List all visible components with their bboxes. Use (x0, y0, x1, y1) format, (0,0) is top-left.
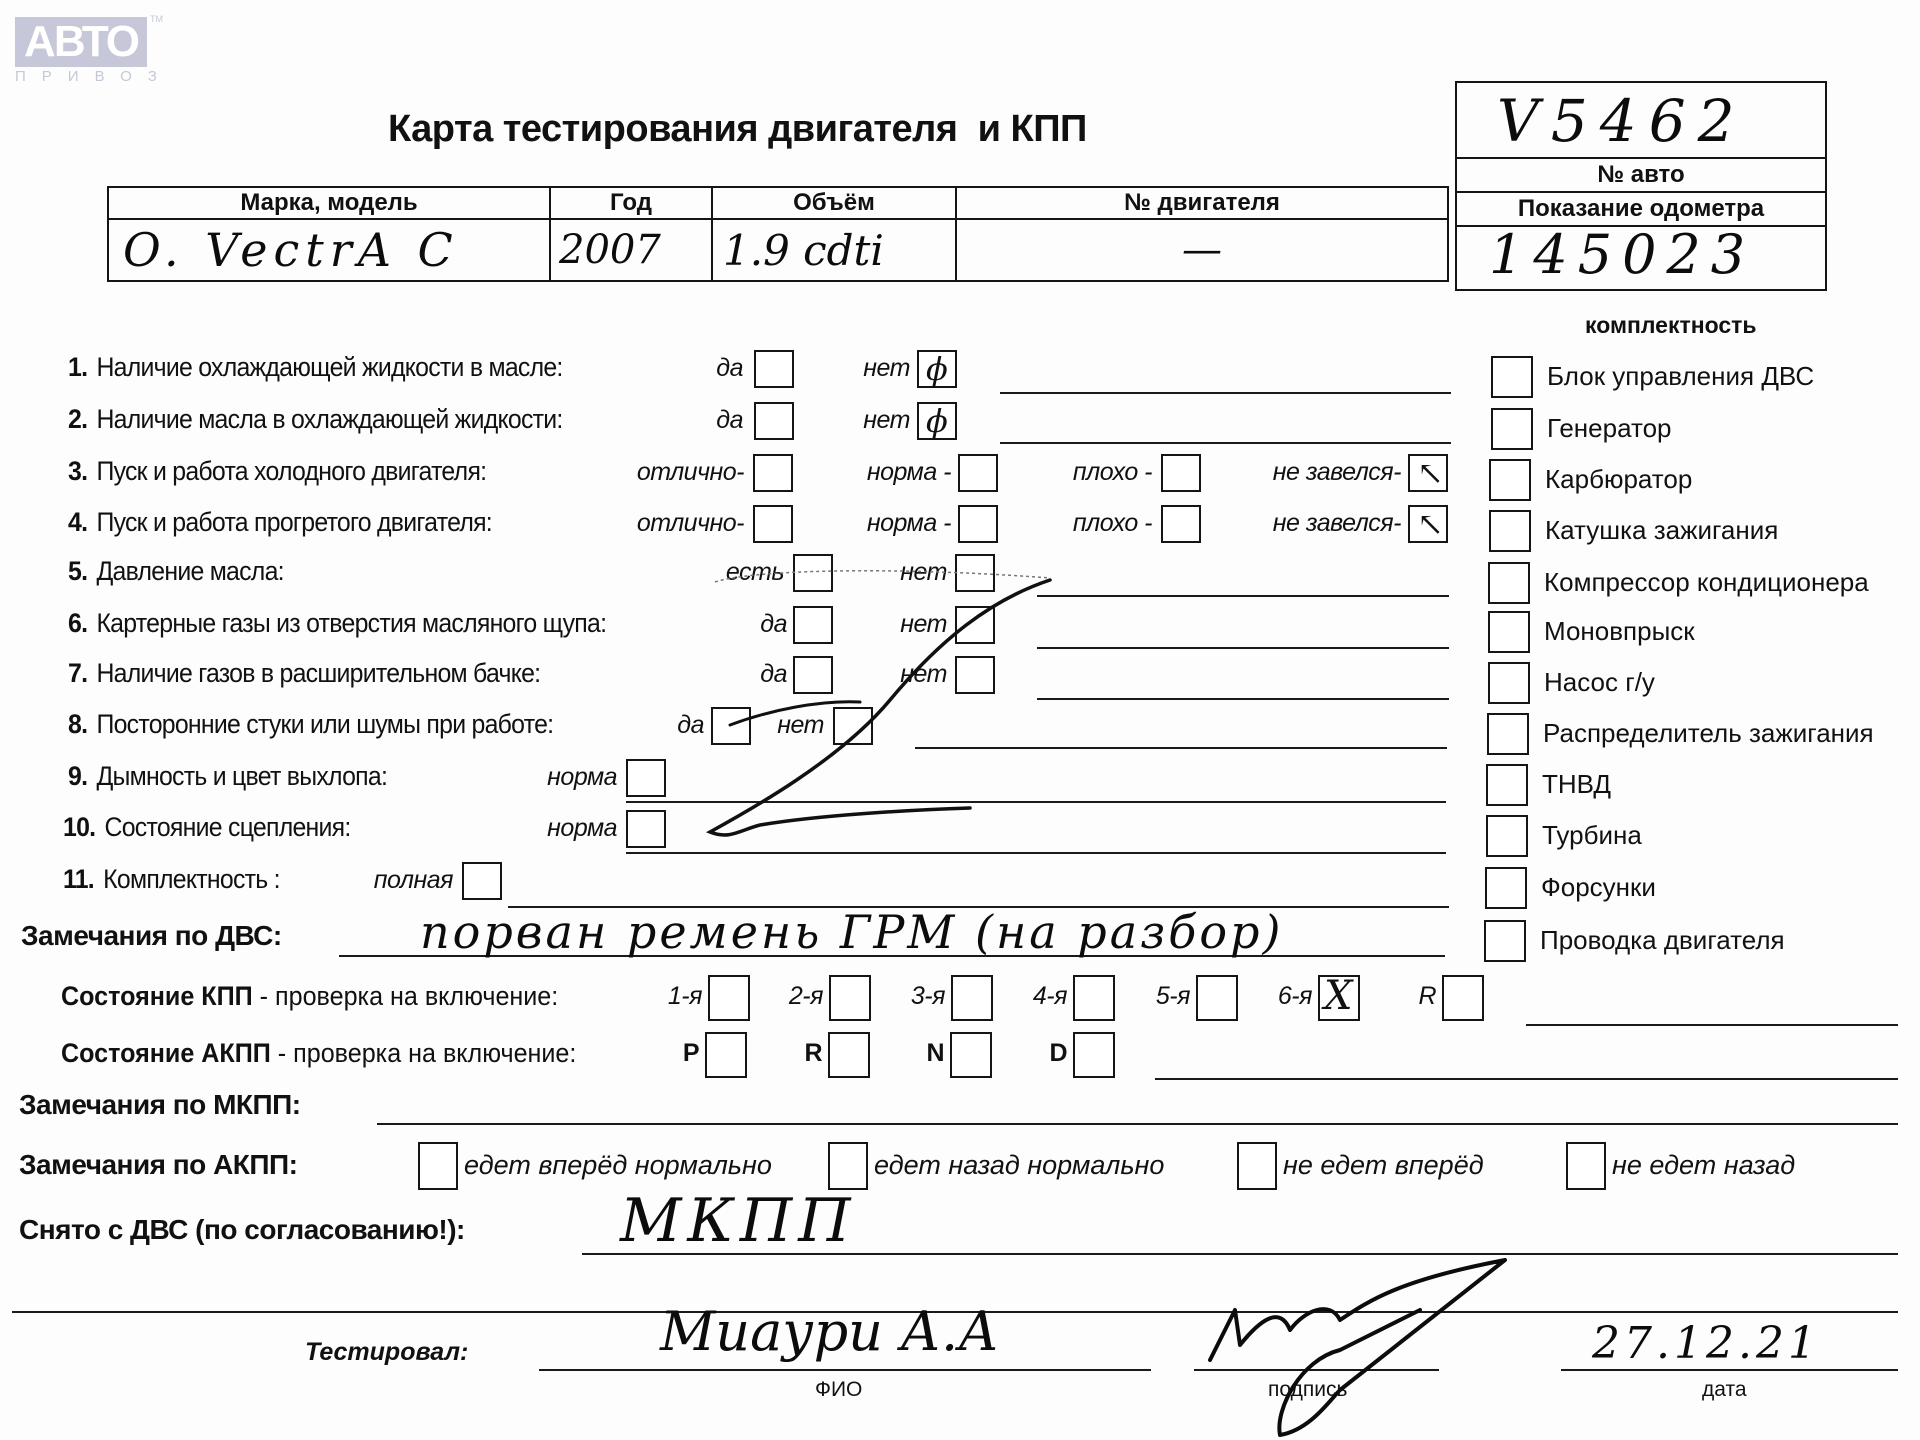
option-label: нет (900, 660, 947, 689)
item-6-notes-line[interactable] (1037, 647, 1449, 649)
akpp-option-checkbox[interactable] (418, 1142, 458, 1190)
item-text: Наличие масла в охлаждающей жидкости: (96, 404, 562, 434)
gear-label: 3-я (911, 982, 945, 1011)
item-1-notes-line[interactable] (1000, 392, 1451, 394)
item-2-notes-line[interactable] (1000, 442, 1451, 444)
trademark-mark: TM (150, 14, 163, 24)
completeness-item-label: Карбюратор (1545, 464, 1692, 495)
item-9-notes-line[interactable] (626, 801, 1446, 803)
item-number: 6. (68, 608, 87, 638)
item-7-option-checkbox[interactable] (793, 656, 833, 694)
option-label: норма (547, 763, 617, 792)
car-number-field[interactable]: V5462 (1497, 87, 1747, 155)
completeness-item[interactable]: Компрессор кондиционера (1488, 562, 1908, 604)
item-number: 3. (68, 456, 87, 486)
option-label: да (760, 660, 787, 689)
date-line (1561, 1369, 1898, 1371)
option-label: нет (900, 610, 947, 639)
gear-label: 5-я (1156, 982, 1190, 1011)
item-text: Давление масла: (96, 556, 283, 586)
option-label: норма - (867, 509, 951, 538)
option-label: нет (777, 711, 824, 740)
item-5-option-checkbox[interactable] (955, 554, 995, 592)
brand-logo-subtitle: ПРИВОЗ (15, 68, 173, 85)
gear-checkbox[interactable] (828, 1032, 870, 1078)
completeness-item-label: Распределитель зажигания (1543, 718, 1874, 749)
gear-label: P (683, 1039, 699, 1068)
item-text: Пуск и работа прогретого двигателя: (96, 507, 492, 537)
engine-remarks-field[interactable]: порван ремень ГРМ (на разбор) (420, 905, 1283, 959)
x-mark-icon: X (1324, 973, 1352, 1019)
item-6-option-checkbox[interactable] (955, 606, 995, 644)
item-text: Пуск и работа холодного двигателя: (96, 456, 486, 486)
item-number: 2. (68, 404, 87, 434)
item-number: 10. (63, 812, 95, 842)
volume-field[interactable]: 1.9 cdti (712, 219, 956, 281)
completeness-checkbox[interactable] (1488, 662, 1530, 704)
gear-checkbox[interactable] (705, 1032, 747, 1078)
name-line (539, 1369, 1151, 1371)
item-1-option-checkbox[interactable] (754, 350, 794, 388)
completeness-title: комплектность (1585, 312, 1757, 339)
item-number: 1. (68, 352, 87, 382)
item-8-option-checkbox[interactable] (833, 707, 873, 745)
option-label: не завелся- (1273, 458, 1401, 487)
completeness-checkbox[interactable] (1491, 408, 1533, 450)
item-6-option-checkbox[interactable] (793, 606, 833, 644)
option-label: отлично- (637, 458, 744, 487)
make-model-field[interactable]: O. VectrA C (108, 219, 550, 281)
completeness-item-label: Компрессор кондиционера (1544, 567, 1869, 598)
check-mark-icon: ϕ (926, 350, 948, 388)
check-mark-icon: ϕ (926, 402, 948, 440)
removed-field[interactable]: МКПП (620, 1186, 857, 1256)
gear-label: N (926, 1039, 944, 1068)
completeness-checkbox[interactable] (1486, 764, 1528, 806)
gear-checkbox[interactable] (829, 975, 871, 1021)
date-field[interactable]: 27.12.21 (1592, 1318, 1820, 1369)
item-3-option-checkbox[interactable] (1161, 454, 1201, 492)
date-caption: дата (1702, 1378, 1747, 1402)
tested-by-label: Тестировал: (305, 1338, 468, 1367)
mkpp-remarks-label: Замечания по МКПП: (19, 1089, 301, 1121)
completeness-item[interactable]: Карбюратор (1489, 459, 1909, 501)
completeness-item-label: Форсунки (1541, 872, 1656, 903)
gear-label: 4-я (1033, 982, 1067, 1011)
test-item-3-label: 3.Пуск и работа холодного двигателя: (68, 456, 486, 487)
item-number: 7. (68, 658, 87, 688)
option-label: плохо - (1073, 458, 1152, 487)
item-4-option-checkbox[interactable] (1161, 505, 1201, 543)
akpp-option-label: едет вперёд нормально (464, 1150, 772, 1181)
gear-checkbox[interactable] (1196, 975, 1238, 1021)
item-7-option-checkbox[interactable] (955, 656, 995, 694)
item-11-option-checkbox[interactable] (462, 862, 502, 900)
completeness-item[interactable]: Катушка зажигания (1489, 510, 1909, 552)
item-number: 5. (68, 556, 87, 586)
item-text: Комплектность : (103, 864, 280, 894)
removed-label: Снято с ДВС (по согласованию!): (19, 1214, 465, 1246)
option-label: отлично- (637, 509, 744, 538)
item-7-notes-line[interactable] (1037, 698, 1449, 700)
option-label: полная (374, 866, 453, 895)
gear-label: D (1049, 1039, 1067, 1068)
item-4-option-checkbox[interactable]: ↖ (1408, 505, 1448, 543)
year-field[interactable]: 2007 (550, 219, 712, 281)
manual-gearbox-label: Состояние КПП - проверка на включение: (61, 981, 558, 1012)
test-item-6-label: 6.Картерные газы из отверстия масляного … (68, 608, 606, 639)
item-5-notes-line[interactable] (1037, 595, 1449, 597)
gear-checkbox[interactable] (950, 1032, 992, 1078)
completeness-item-label: Блок управления ДВС (1547, 361, 1814, 392)
completeness-item[interactable]: ТНВД (1486, 764, 1906, 806)
item-2-option-checkbox[interactable] (754, 402, 794, 440)
gear-label: 6-я (1278, 982, 1312, 1011)
item-1-option-checkbox[interactable]: ϕ (917, 350, 957, 388)
item-3-option-checkbox[interactable] (753, 454, 793, 492)
item-5-option-checkbox[interactable] (793, 554, 833, 592)
completeness-item-label: Насос г/у (1544, 667, 1655, 698)
gear-label: R (1418, 982, 1436, 1011)
gear-checkbox[interactable] (951, 975, 993, 1021)
engine-remarks-label: Замечания по ДВС: (21, 920, 282, 952)
completeness-checkbox[interactable] (1486, 815, 1528, 857)
gear-label: 2-я (789, 982, 823, 1011)
item-9-option-checkbox[interactable] (626, 759, 666, 797)
gear-label: 1-я (668, 982, 702, 1011)
item-3-option-checkbox[interactable]: ↖ (1408, 454, 1448, 492)
check-mark-icon: ↖ (1417, 505, 1444, 543)
test-item-11-label: 11.Комплектность : (63, 864, 280, 895)
item-number: 4. (68, 507, 87, 537)
manual-gearbox-line (1526, 1024, 1898, 1026)
completeness-item-label: Проводка двигателя (1540, 925, 1785, 956)
completeness-item[interactable]: Моновпрыск (1488, 611, 1908, 653)
akpp-option-label: не едет вперёд (1283, 1150, 1484, 1181)
completeness-checkbox[interactable] (1489, 459, 1531, 501)
test-item-7-label: 7.Наличие газов в расширительном бачке: (68, 658, 540, 689)
vehicle-info-table: Марка, модель Год Объём № двигателя O. V… (107, 186, 1449, 282)
handwritten-strike-mark (690, 560, 1090, 850)
akpp-remarks-label: Замечания по АКПП: (19, 1149, 297, 1181)
completeness-item[interactable]: Проводка двигателя (1484, 920, 1904, 962)
item-text: Дымность и цвет выхлопа: (96, 761, 387, 791)
gear-checkbox[interactable] (1073, 1032, 1115, 1078)
option-label: да (760, 610, 787, 639)
item-text: Картерные газы из отверстия масляного щу… (96, 608, 606, 638)
completeness-checkbox[interactable] (1488, 611, 1530, 653)
test-item-10-label: 10.Состояние сцепления: (63, 812, 351, 843)
test-card-document: АВТО TM ПРИВОЗ Карта тестирования двигат… (0, 0, 1920, 1440)
tester-name-field[interactable]: Миаури А.А (660, 1300, 999, 1363)
completeness-item[interactable]: Распределитель зажигания (1487, 713, 1907, 755)
gear-checkbox[interactable]: X (1318, 975, 1360, 1021)
akpp-option-label: не едет назад (1612, 1150, 1795, 1181)
option-label: норма - (867, 458, 951, 487)
completeness-checkbox[interactable] (1488, 562, 1530, 604)
item-number: 8. (68, 709, 87, 739)
signature-caption: подпись (1268, 1378, 1347, 1402)
name-caption: ФИО (815, 1378, 862, 1402)
test-item-4-label: 4.Пуск и работа прогретого двигателя: (68, 507, 492, 538)
option-label: плохо - (1073, 509, 1152, 538)
test-item-9-label: 9.Дымность и цвет выхлопа: (68, 761, 387, 792)
item-4-option-checkbox[interactable] (958, 505, 998, 543)
gear-checkbox[interactable] (1442, 975, 1484, 1021)
option-label: не завелся- (1273, 509, 1401, 538)
completeness-item-label: Турбина (1542, 820, 1642, 851)
item-4-option-checkbox[interactable] (753, 505, 793, 543)
item-3-option-checkbox[interactable] (958, 454, 998, 492)
akpp-option-checkbox[interactable] (828, 1142, 868, 1190)
completeness-item-label: Моновпрыск (1544, 616, 1695, 647)
option-label: нет (863, 406, 910, 435)
item-2-option-checkbox[interactable]: ϕ (917, 402, 957, 440)
car-info-box: V5462 № авто Показание одометра 145023 (1455, 81, 1827, 291)
completeness-item-label: Катушка зажигания (1545, 515, 1778, 546)
auto-gearbox-line (1155, 1078, 1898, 1080)
check-mark-icon: ↖ (1417, 454, 1444, 492)
test-item-8-label: 8.Посторонние стуки или шумы при работе: (68, 709, 553, 740)
akpp-option-label: едет назад нормально (874, 1150, 1164, 1181)
akpp-option-checkbox[interactable] (1566, 1142, 1606, 1190)
test-item-5-label: 5.Давление масла: (68, 556, 284, 587)
option-label: есть (726, 558, 784, 587)
column-header-year: Год (550, 187, 712, 219)
option-label: да (716, 406, 743, 435)
column-header-volume: Объём (712, 187, 956, 219)
item-10-option-checkbox[interactable] (626, 810, 666, 848)
car-number-label: № авто (1457, 157, 1825, 193)
mkpp-remarks-line[interactable] (377, 1123, 1898, 1125)
completeness-checkbox[interactable] (1487, 713, 1529, 755)
page-title: Карта тестирования двигателя и КПП (388, 108, 1087, 151)
completeness-checkbox[interactable] (1484, 920, 1526, 962)
completeness-item[interactable]: Форсунки (1485, 867, 1905, 909)
gear-label: R (804, 1039, 822, 1068)
completeness-item-label: ТНВД (1542, 769, 1611, 800)
completeness-checkbox[interactable] (1489, 510, 1531, 552)
manual-gearbox-label-rest: - проверка на включение: (253, 981, 559, 1011)
option-label: да (716, 354, 743, 383)
odometer-label: Показание одометра (1457, 193, 1825, 227)
option-label: норма (547, 814, 617, 843)
option-label: нет (900, 558, 947, 587)
option-label: да (677, 711, 704, 740)
completeness-item[interactable]: Турбина (1486, 815, 1906, 857)
item-10-notes-line[interactable] (626, 852, 1446, 854)
column-header-make-model: Марка, модель (108, 187, 550, 219)
auto-gearbox-label: Состояние АКПП - проверка на включение: (61, 1038, 576, 1069)
item-text: Наличие охлаждающей жидкости в масле: (96, 352, 562, 382)
odometer-field[interactable]: 145023 (1489, 223, 1755, 286)
gear-checkbox[interactable] (708, 975, 750, 1021)
auto-gearbox-label-bold: Состояние АКПП (61, 1038, 271, 1068)
completeness-item-label: Генератор (1547, 413, 1672, 444)
completeness-checkbox[interactable] (1485, 867, 1527, 909)
completeness-item[interactable]: Блок управления ДВС (1491, 356, 1911, 398)
column-header-engine-number: № двигателя (956, 187, 1448, 219)
akpp-option-checkbox[interactable] (1237, 1142, 1277, 1190)
signature-mark[interactable] (1190, 1250, 1510, 1440)
item-text: Состояние сцепления: (105, 812, 351, 842)
completeness-checkbox[interactable] (1491, 356, 1533, 398)
item-8-notes-line[interactable] (915, 747, 1447, 749)
option-label: нет (863, 354, 910, 383)
completeness-item[interactable]: Генератор (1491, 408, 1911, 450)
completeness-item[interactable]: Насос г/у (1488, 662, 1908, 704)
engine-number-field[interactable]: — (956, 219, 1448, 281)
item-number: 9. (68, 761, 87, 791)
test-item-1-label: 1.Наличие охлаждающей жидкости в масле: (68, 352, 563, 383)
item-8-option-checkbox[interactable] (711, 707, 751, 745)
test-item-2-label: 2.Наличие масла в охлаждающей жидкости: (68, 404, 563, 435)
manual-gearbox-label-bold: Состояние КПП (61, 981, 253, 1011)
item-text: Наличие газов в расширительном бачке: (96, 658, 540, 688)
item-number: 11. (63, 864, 94, 894)
item-text: Посторонние стуки или шумы при работе: (96, 709, 553, 739)
gear-checkbox[interactable] (1073, 975, 1115, 1021)
auto-gearbox-label-rest: - проверка на включение: (271, 1038, 577, 1068)
brand-logo: АВТО (15, 17, 147, 67)
